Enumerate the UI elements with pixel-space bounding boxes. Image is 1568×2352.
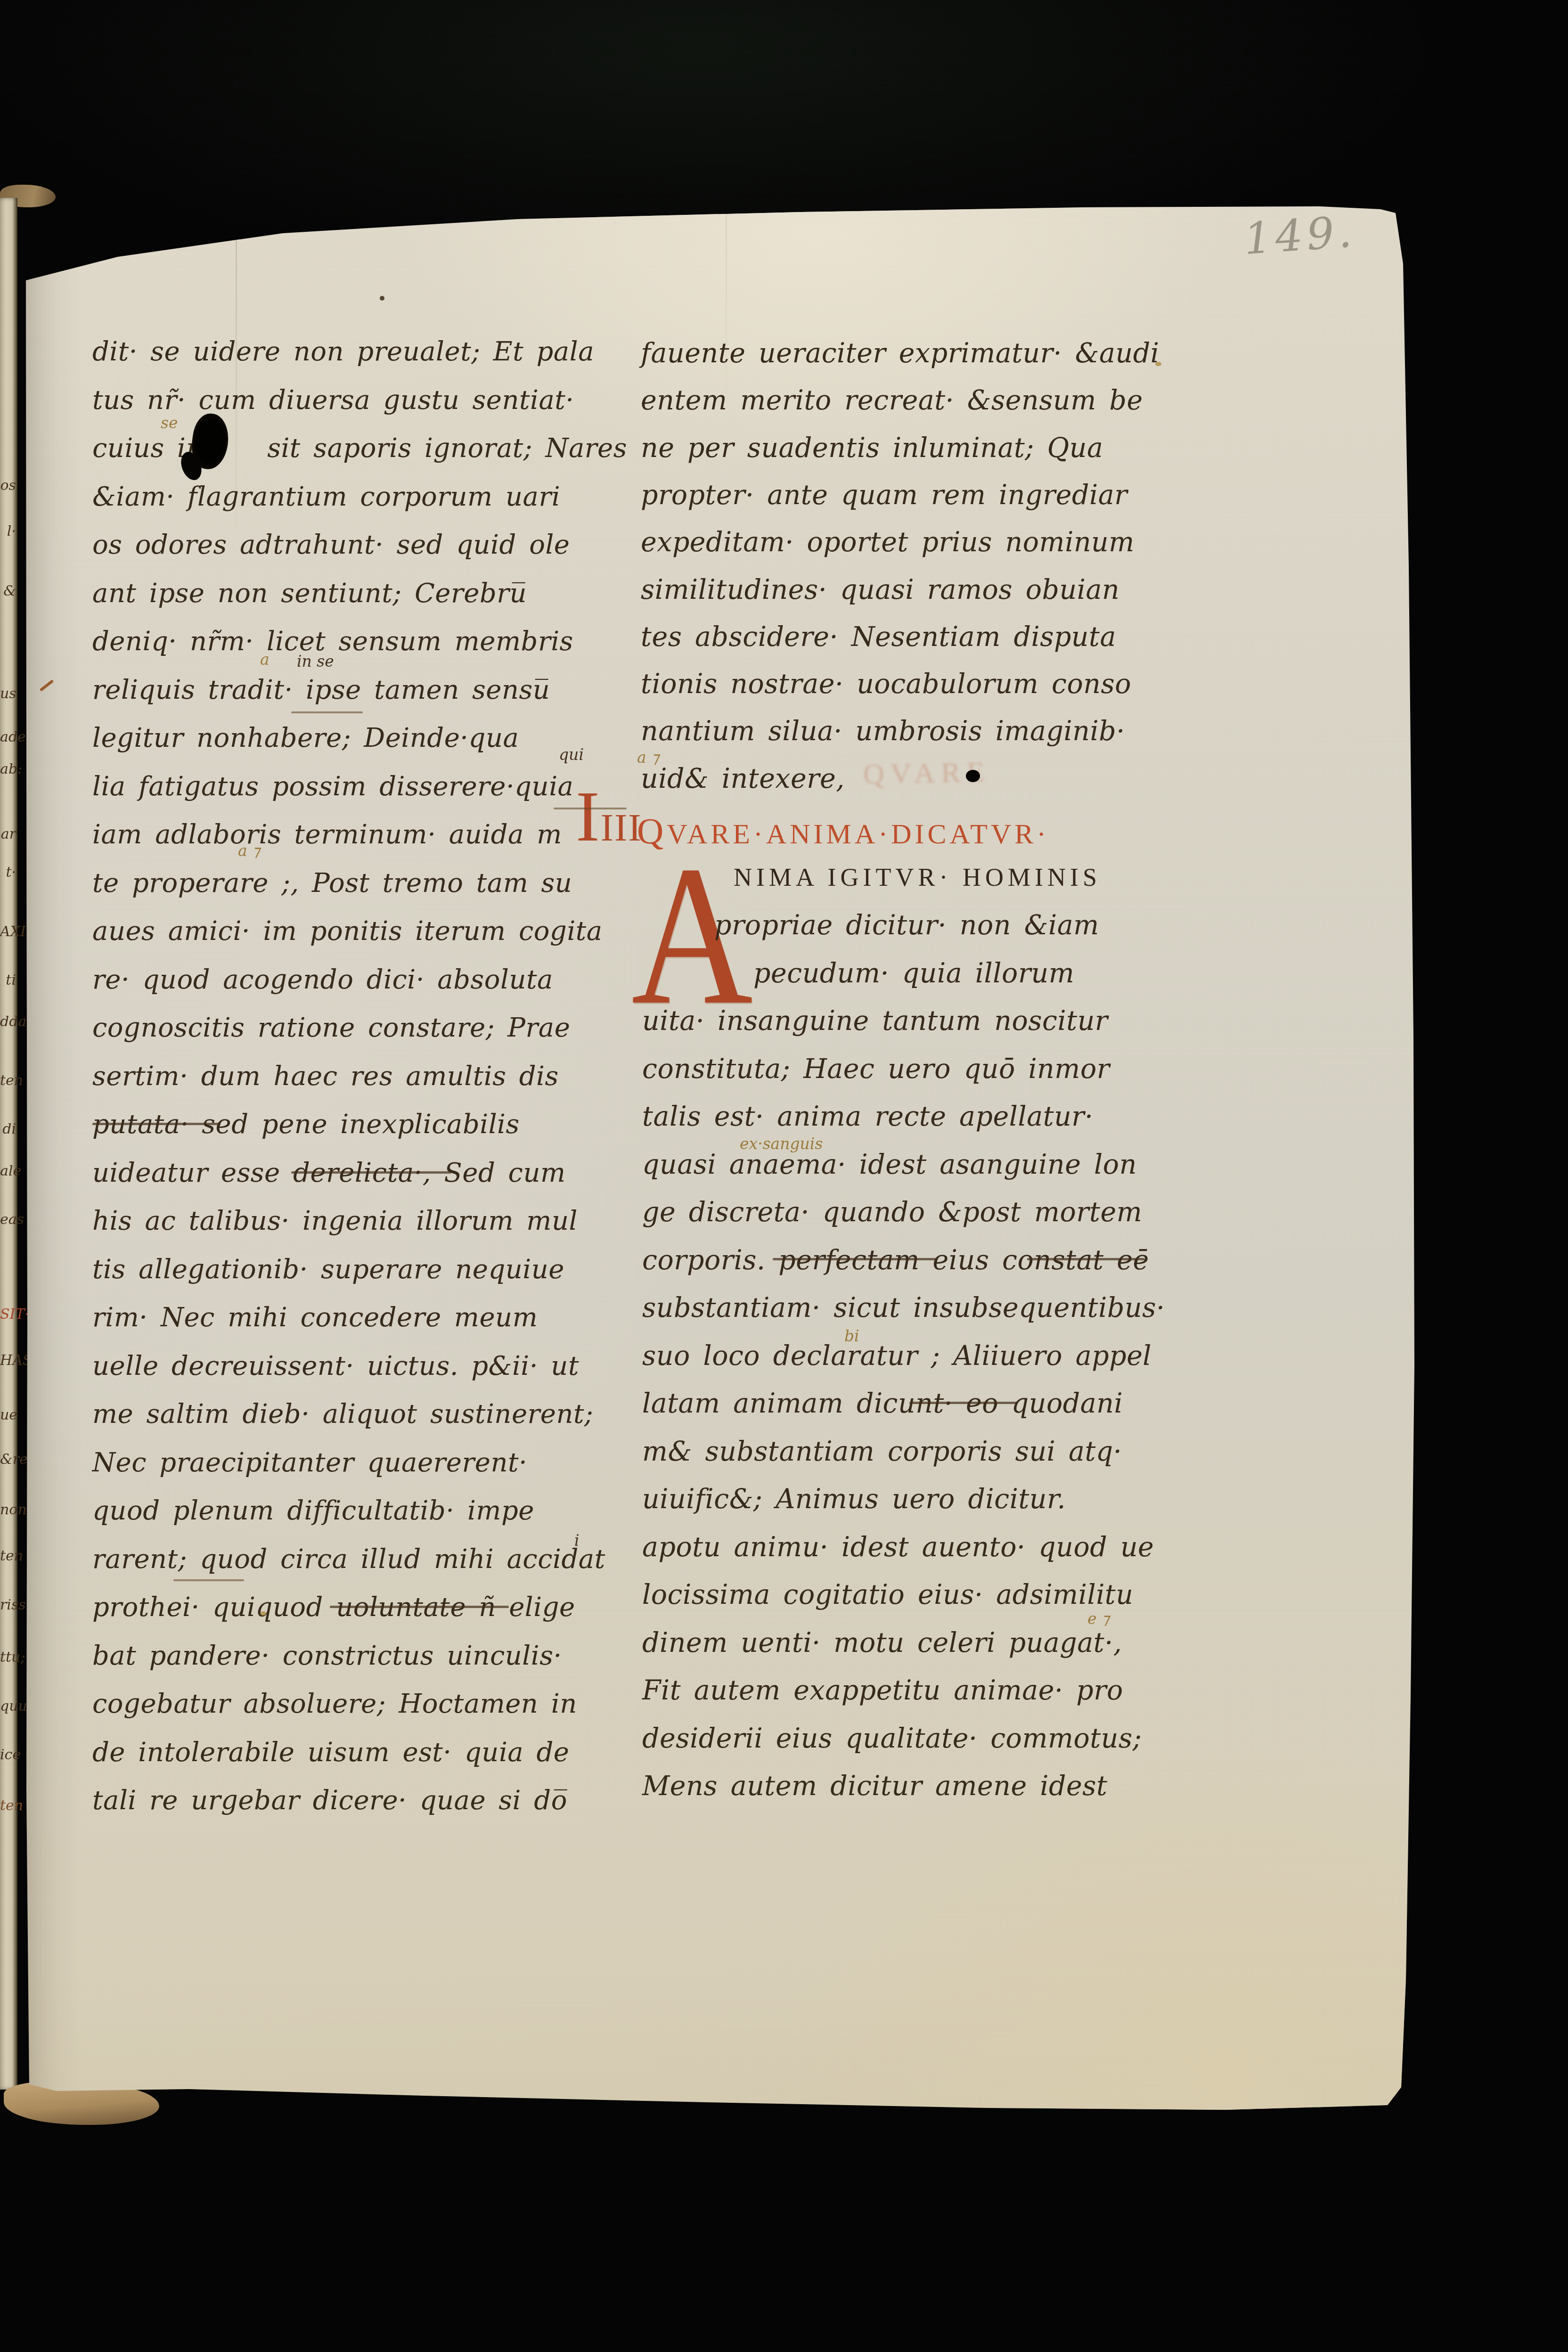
manuscript-text-line: tis allegationib· superare nequiue (92, 1244, 564, 1296)
manuscript-text-line: nantium silua· umbrosis imaginib· (641, 705, 1125, 757)
manuscript-text-line: his ac talibus· ingenia illorum mul (92, 1195, 578, 1247)
manuscript-text-line: tionis nostrae· uocabulorum conso (641, 658, 1131, 710)
scribal-mark (380, 296, 384, 301)
manuscript-text-line: uideatur esse derelicta·, Sed cum (92, 1147, 566, 1199)
manuscript-text-line: de intolerabile uisum est· quia de (92, 1727, 569, 1779)
manuscript-text-line: aues amici· im ponitis iterum cogita (92, 906, 603, 957)
manuscript-text-line: me saltim dieb· aliquot sustinerent; (92, 1388, 593, 1440)
parchment-hole-small (966, 770, 980, 782)
scribal-mark (40, 679, 54, 692)
manuscript-text-line: cogebatur absoluere; Hoctamen in (92, 1678, 577, 1730)
manuscript-text-line: putata· sed pene inexplicabilis (92, 1099, 520, 1151)
manuscript-text-line: rarent; quod circa illud mihi accidat (92, 1534, 605, 1585)
manuscript-text-line: tes abscidere· Nesentiam disputa (641, 611, 1116, 663)
manuscript-text-line: expeditam· oportet prius nominum (641, 516, 1135, 568)
manuscript-text-line: uiuific&; Animus uero dicitur. (642, 1473, 1066, 1525)
previous-folio-edge (0, 198, 17, 2090)
manuscript-text-line: lia fatigatus possim disserere·quia (92, 761, 573, 813)
manuscript-text-line: cognoscitis ratione constare; Prae (92, 1002, 570, 1054)
manuscript-text-line: &iam· flagrantium corporum uari (92, 471, 560, 523)
manuscript-text-line: uita· insanguine tantum noscitur (642, 995, 1108, 1047)
manuscript-text-line: cuius ip sit saporis ignorat; Nares (92, 423, 627, 474)
manuscript-text-line: entem merito recreat· &sensum be (641, 375, 1143, 426)
manuscript-text-line: latam animam dicunt· eo quodani (642, 1378, 1123, 1429)
manuscript-text-line: locissima cogitatio eius· adsimilitu (642, 1569, 1133, 1621)
photograph-background: osl·&usadeab:art·AXItiddatendialeeasSIT·… (0, 0, 1568, 2352)
manuscript-text-line: apotu animu· idest auento· quod ue (642, 1521, 1154, 1573)
manuscript-text-line: deniq· nr̃m· licet sensum membris (92, 616, 573, 668)
manuscript-text-line: prothei· quiquod uoluntate ñ elige (92, 1582, 575, 1633)
manuscript-text-line: quod plenum difficultatib· impe (92, 1485, 534, 1537)
manuscript-text-line: dinem uenti· motu celeri puagat·, (642, 1617, 1122, 1669)
manuscript-text-line: pecudum· quia illorum (753, 947, 1074, 999)
manuscript-text-line: propriae dicitur· non &iam (714, 899, 1099, 951)
manuscript-text-line: substantiam· sicut insubsequentibus· (642, 1282, 1165, 1334)
manuscript-text-line: constituta; Haec uero quō inmor (642, 1043, 1110, 1095)
manuscript-text-line: te properare ;, Post tremo tam su (92, 857, 572, 909)
manuscript-text-line: talis est· anima recte apellatur· (642, 1091, 1094, 1143)
manuscript-text-line: Nec praecipitanter quaererent· (92, 1437, 527, 1489)
manuscript-text-line: desiderii eius qualitate· commotus; (642, 1713, 1142, 1764)
manuscript-text-line: sertim· dum haec res amultis dis (92, 1051, 559, 1102)
manuscript-text-line: dit· se uidere non preualet; Et pala (92, 326, 594, 378)
manuscript-text-line: reliquis tradit· ipse tamen sensu̅ (92, 664, 550, 716)
manuscript-text-line: ant ipse non sentiunt; Cerebru̅ (92, 568, 527, 620)
manuscript-page: 149. dit· se uidere non preualet; Et pal… (0, 0, 1568, 2352)
manuscript-text-line: tali re urgebar dicere· quae si do̅ (92, 1775, 567, 1827)
manuscript-text-line: quasi anaema· idest asanguine lon (642, 1139, 1137, 1191)
manuscript-text-line: Mens autem dicitur amene idest (642, 1760, 1107, 1812)
manuscript-text-line: iam adlaboris terminum· auida m (92, 809, 562, 861)
manuscript-text-line: re· quod acogendo dici· absoluta (92, 954, 553, 1006)
manuscript-text-line: suo loco declaratur ; Aliiuero appel (642, 1330, 1151, 1382)
manuscript-text-line: fauente ueraciter exprimatur· &audi (641, 327, 1159, 379)
manuscript-text-line: propter· ante quam rem ingrediar (641, 469, 1127, 521)
manuscript-text-line: rim· Nec mihi concedere meum (92, 1292, 538, 1344)
manuscript-text-line: bat pandere· constrictus uinculis· (92, 1630, 562, 1682)
manuscript-text-line: legitur nonhabere; Deinde·qua (92, 712, 519, 764)
manuscript-text-line: uid& intexere, (641, 753, 845, 805)
manuscript-text-line: similitudines· quasi ramos obuian (641, 564, 1119, 616)
manuscript-text-line: m& substantiam corporis sui atq· (642, 1426, 1122, 1478)
incipit-capitals-line: NIMA IGITVR· HOMINIS (734, 851, 1101, 903)
manuscript-text-line: Fit autem exappetitu animae· pro (642, 1665, 1123, 1716)
manuscript-text-line: ne per suadentis inluminat; Qua (641, 422, 1103, 474)
manuscript-text-line: tus nr̃· cum diuersa gustu sentiat· (92, 375, 574, 426)
manuscript-text-line: corporis. perfectam eius constat eē (642, 1234, 1149, 1286)
manuscript-text-line: uelle decreuissent· uictus. p&ii· ut (92, 1340, 579, 1392)
folio-number: 149. (1242, 206, 1357, 264)
manuscript-text-line: os odores adtrahunt· sed quid ole (92, 519, 570, 571)
manuscript-text-line: ge discreta· quando &post mortem (642, 1186, 1142, 1238)
